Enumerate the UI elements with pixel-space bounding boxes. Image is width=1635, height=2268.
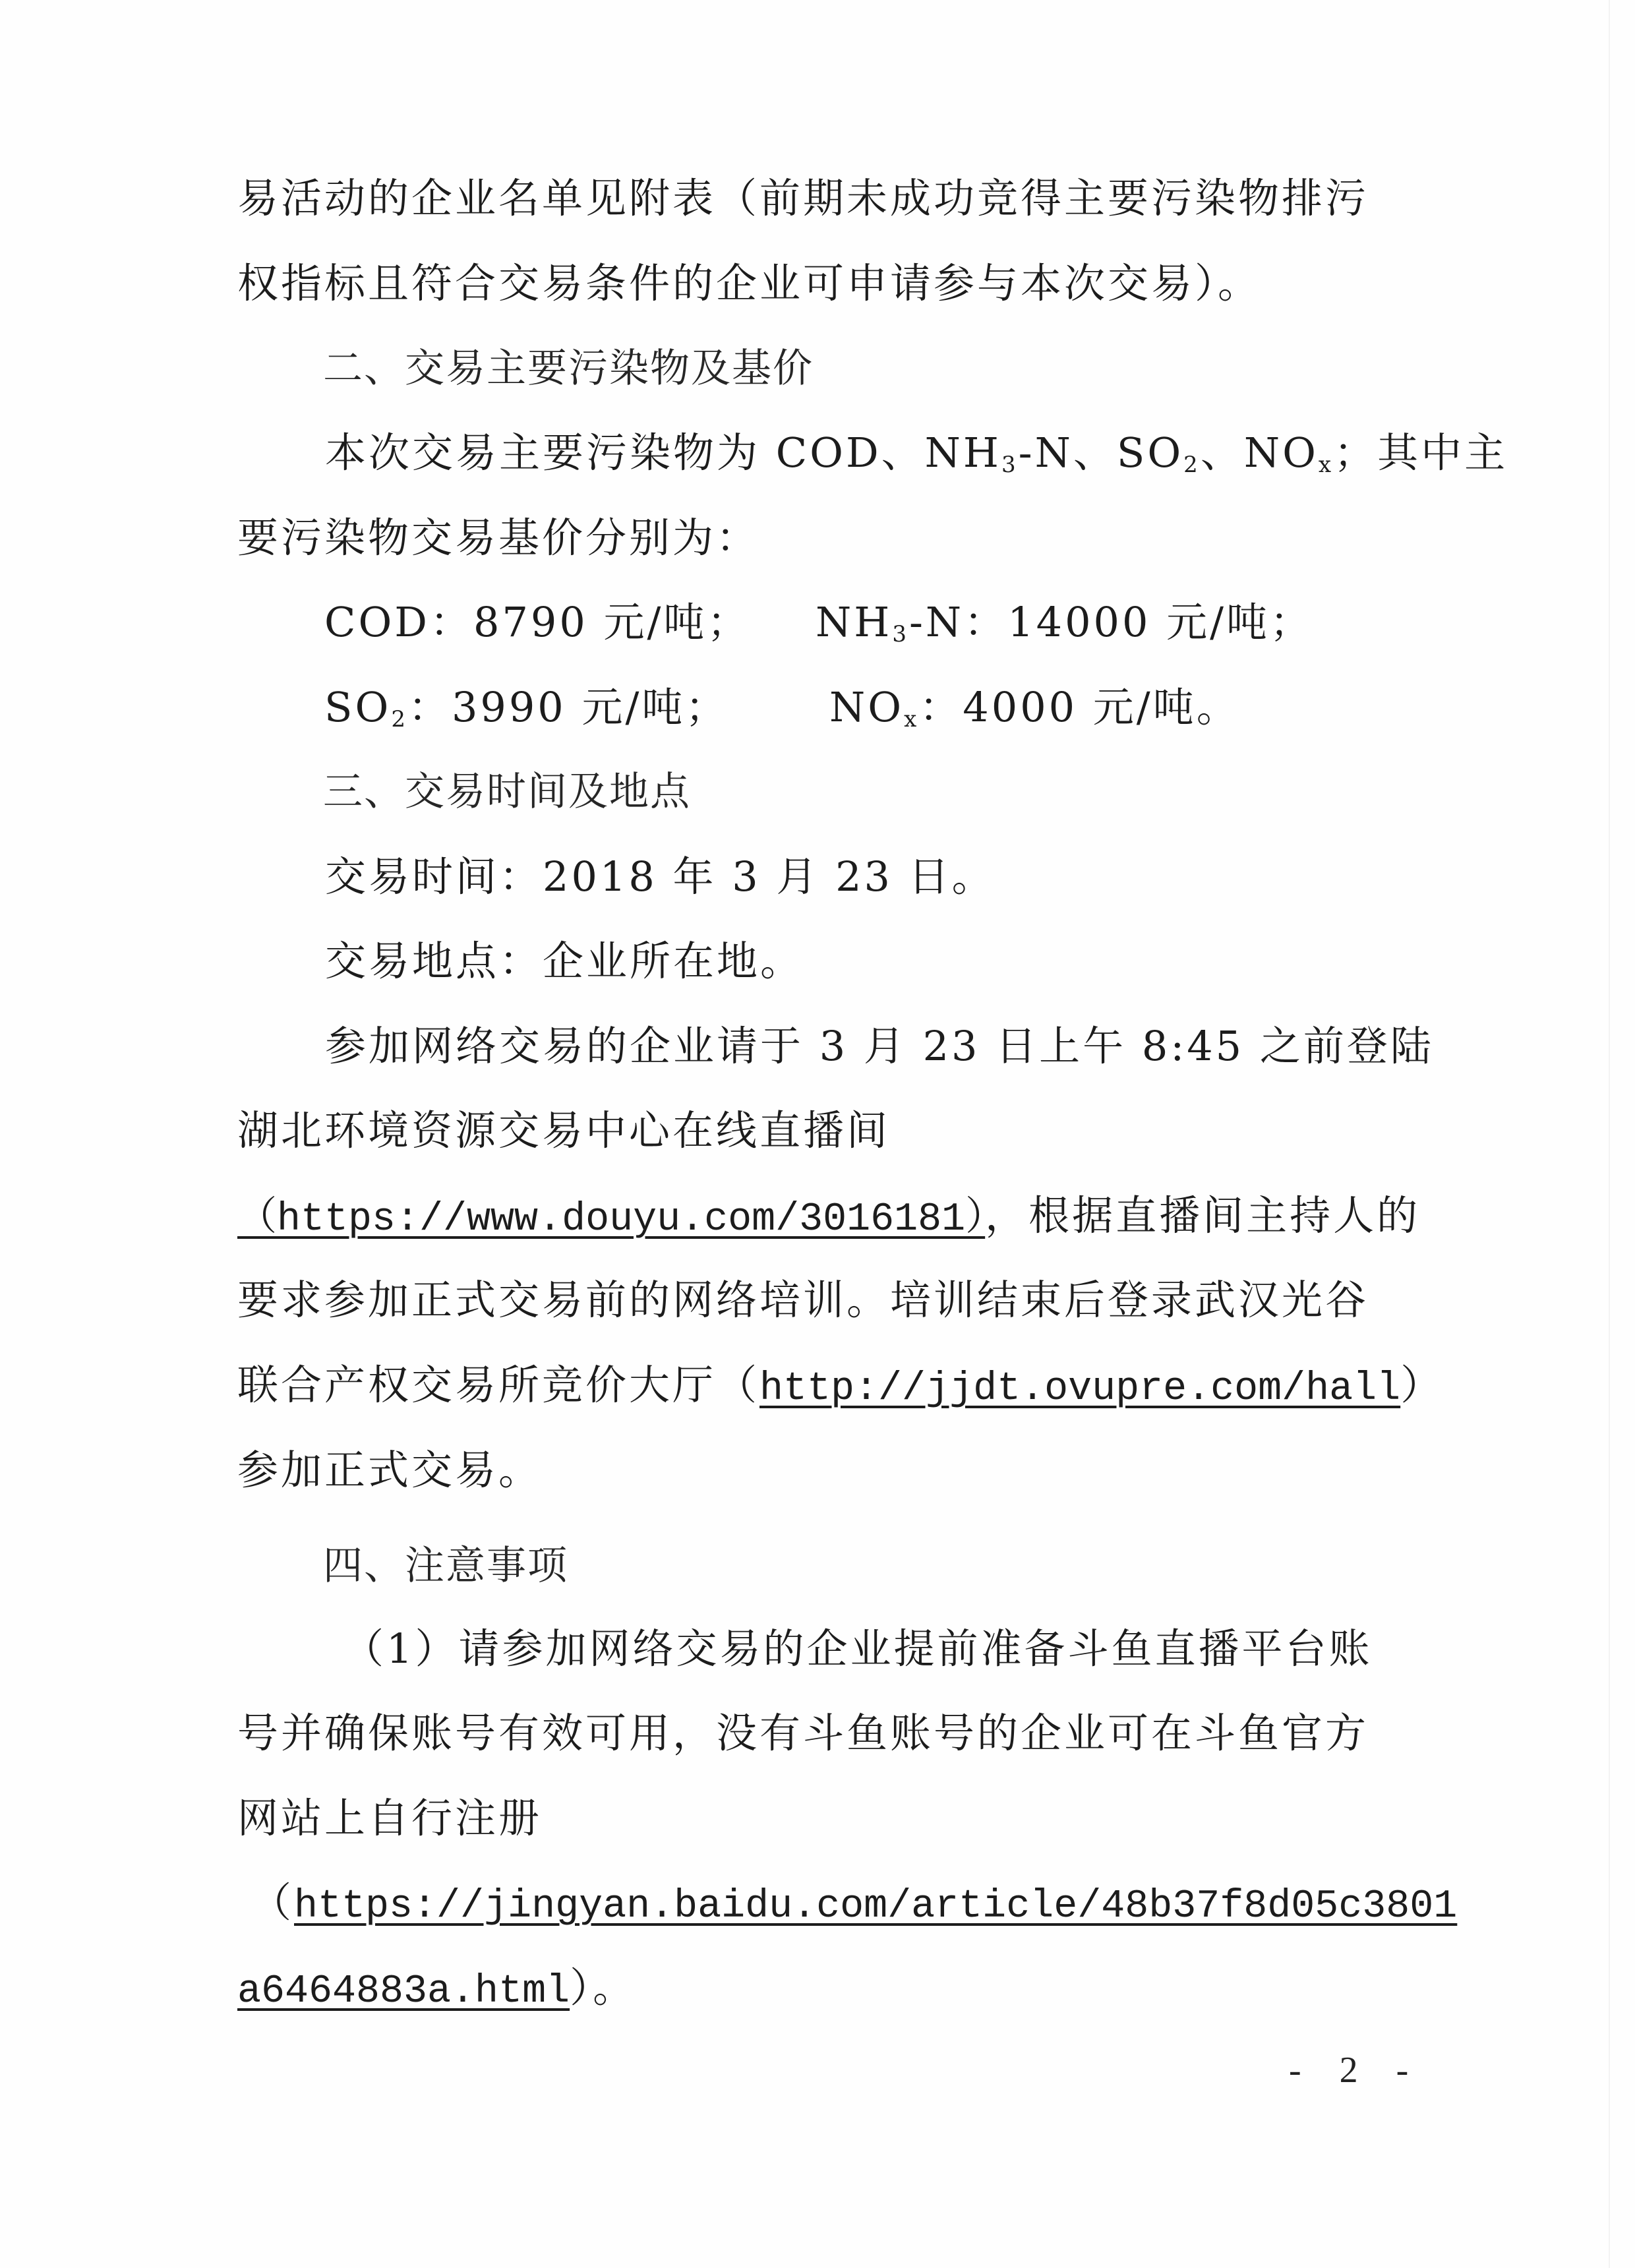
price-row-2: SO2：3990 元/吨； NOx：4000 元/吨。	[0, 684, 1635, 731]
subscript: 2	[391, 706, 408, 732]
price-nox: NOx：4000 元/吨。	[829, 684, 1240, 731]
price-value: 14000	[1007, 598, 1150, 646]
colon: ：	[408, 683, 452, 731]
price-unit: 元/吨。	[1077, 683, 1240, 731]
open-paren: （	[251, 1878, 294, 1926]
price-unit: 元/吨；	[1150, 598, 1313, 646]
text: 、NO	[1201, 429, 1319, 477]
text: 联合产权交易所竞价大厅（	[237, 1361, 759, 1409]
douyu-live-link[interactable]: （https://www.douyu.com/3016181）	[237, 1197, 985, 1242]
body-line: 易活动的企业名单见附表（前期未成功竞得主要污染物排污	[237, 175, 1369, 222]
price-so2: SO2：3990 元/吨；	[324, 684, 728, 731]
body-line: 湖北环境资源交易中心在线直播间	[237, 1108, 890, 1154]
close-paren: ）。	[570, 1963, 636, 2012]
subscript: x	[904, 706, 919, 732]
scan-edge-shadow	[1609, 0, 1610, 2268]
body-line: 联合产权交易所竞价大厅（http://jjdt.ovupre.com/hall）	[237, 1362, 1444, 1408]
pollutant-name-tail: -N	[909, 598, 964, 646]
text: ）	[1400, 1361, 1444, 1409]
subscript: 2	[1183, 452, 1201, 478]
body-line: 权指标且符合交易条件的企业可申请参与本次交易）。	[237, 260, 1261, 307]
notice-item-1: （1）请参加网络交易的企业提前准备斗鱼直播平台账	[343, 1626, 1372, 1672]
colon: ：	[919, 683, 963, 731]
page-number: - 2 -	[1289, 2049, 1423, 2091]
body-line: 号并确保账号有效可用，没有斗鱼账号的企业可在斗鱼官方	[237, 1710, 1369, 1756]
body-line: 要求参加正式交易前的网络培训。培训结束后登录武汉光谷	[237, 1277, 1369, 1323]
body-line: 网站上自行注册	[237, 1795, 542, 1841]
body-line: 参加网络交易的企业请于 3 月 23 日上午 8:45 之前登陆	[325, 1023, 1434, 1069]
pollutant-name: NH	[816, 598, 892, 646]
price-unit: 元/吨；	[588, 598, 751, 646]
pollutant-name: COD	[324, 598, 430, 646]
price-nh3n: NH3-N：14000 元/吨；	[816, 599, 1313, 645]
douyu-register-guide-link-continued[interactable]: a6464883a.html	[237, 1969, 570, 2014]
body-line: 参加正式交易。	[237, 1447, 542, 1493]
subscript: 3	[892, 621, 909, 647]
section-heading-4: 四、注意事项	[323, 1543, 568, 1589]
price-value: 3990	[452, 683, 566, 731]
text: 本次交易主要污染物为 COD、NH	[325, 429, 1001, 477]
body-line: a6464883a.html）。	[237, 1965, 636, 2011]
colon: ：	[430, 598, 473, 646]
document-page: 易活动的企业名单见附表（前期未成功竞得主要污染物排污 权指标且符合交易条件的企业…	[0, 0, 1635, 2268]
bidding-hall-link[interactable]: http://jjdt.ovupre.com/hall	[759, 1367, 1400, 1412]
subscript: 3	[1001, 452, 1019, 478]
pollutant-name: SO	[324, 683, 391, 731]
douyu-register-guide-link[interactable]: https://jingyan.baidu.com/article/48b37f…	[294, 1884, 1457, 1929]
colon: ：	[964, 598, 1007, 646]
text: ，根据直播间主持人的	[985, 1191, 1420, 1239]
section-heading-3: 三、交易时间及地点	[323, 769, 691, 815]
trade-time: 交易时间：2018 年 3 月 23 日。	[325, 854, 996, 900]
price-row-1: COD：8790 元/吨； NH3-N：14000 元/吨；	[0, 599, 1635, 645]
body-line: （https://jingyan.baidu.com/article/48b37…	[251, 1880, 1457, 1926]
text: -N、SO	[1019, 429, 1184, 477]
trade-place: 交易地点：企业所在地。	[325, 938, 804, 984]
price-unit: 元/吨；	[566, 683, 729, 731]
text: ；其中主	[1334, 429, 1508, 477]
body-line: 要污染物交易基价分别为：	[237, 515, 759, 561]
pollutant-name: NO	[829, 683, 904, 731]
pollutants-intro-line: 本次交易主要污染物为 COD、NH3-N、SO2、NOx；其中主	[325, 430, 1508, 476]
body-line: （https://www.douyu.com/3016181），根据直播间主持人…	[237, 1193, 1420, 1239]
price-value: 8790	[473, 598, 588, 646]
section-heading-2: 二、交易主要污染物及基价	[323, 345, 814, 392]
price-cod: COD：8790 元/吨；	[324, 599, 750, 645]
price-value: 4000	[963, 683, 1077, 731]
subscript: x	[1319, 452, 1334, 478]
